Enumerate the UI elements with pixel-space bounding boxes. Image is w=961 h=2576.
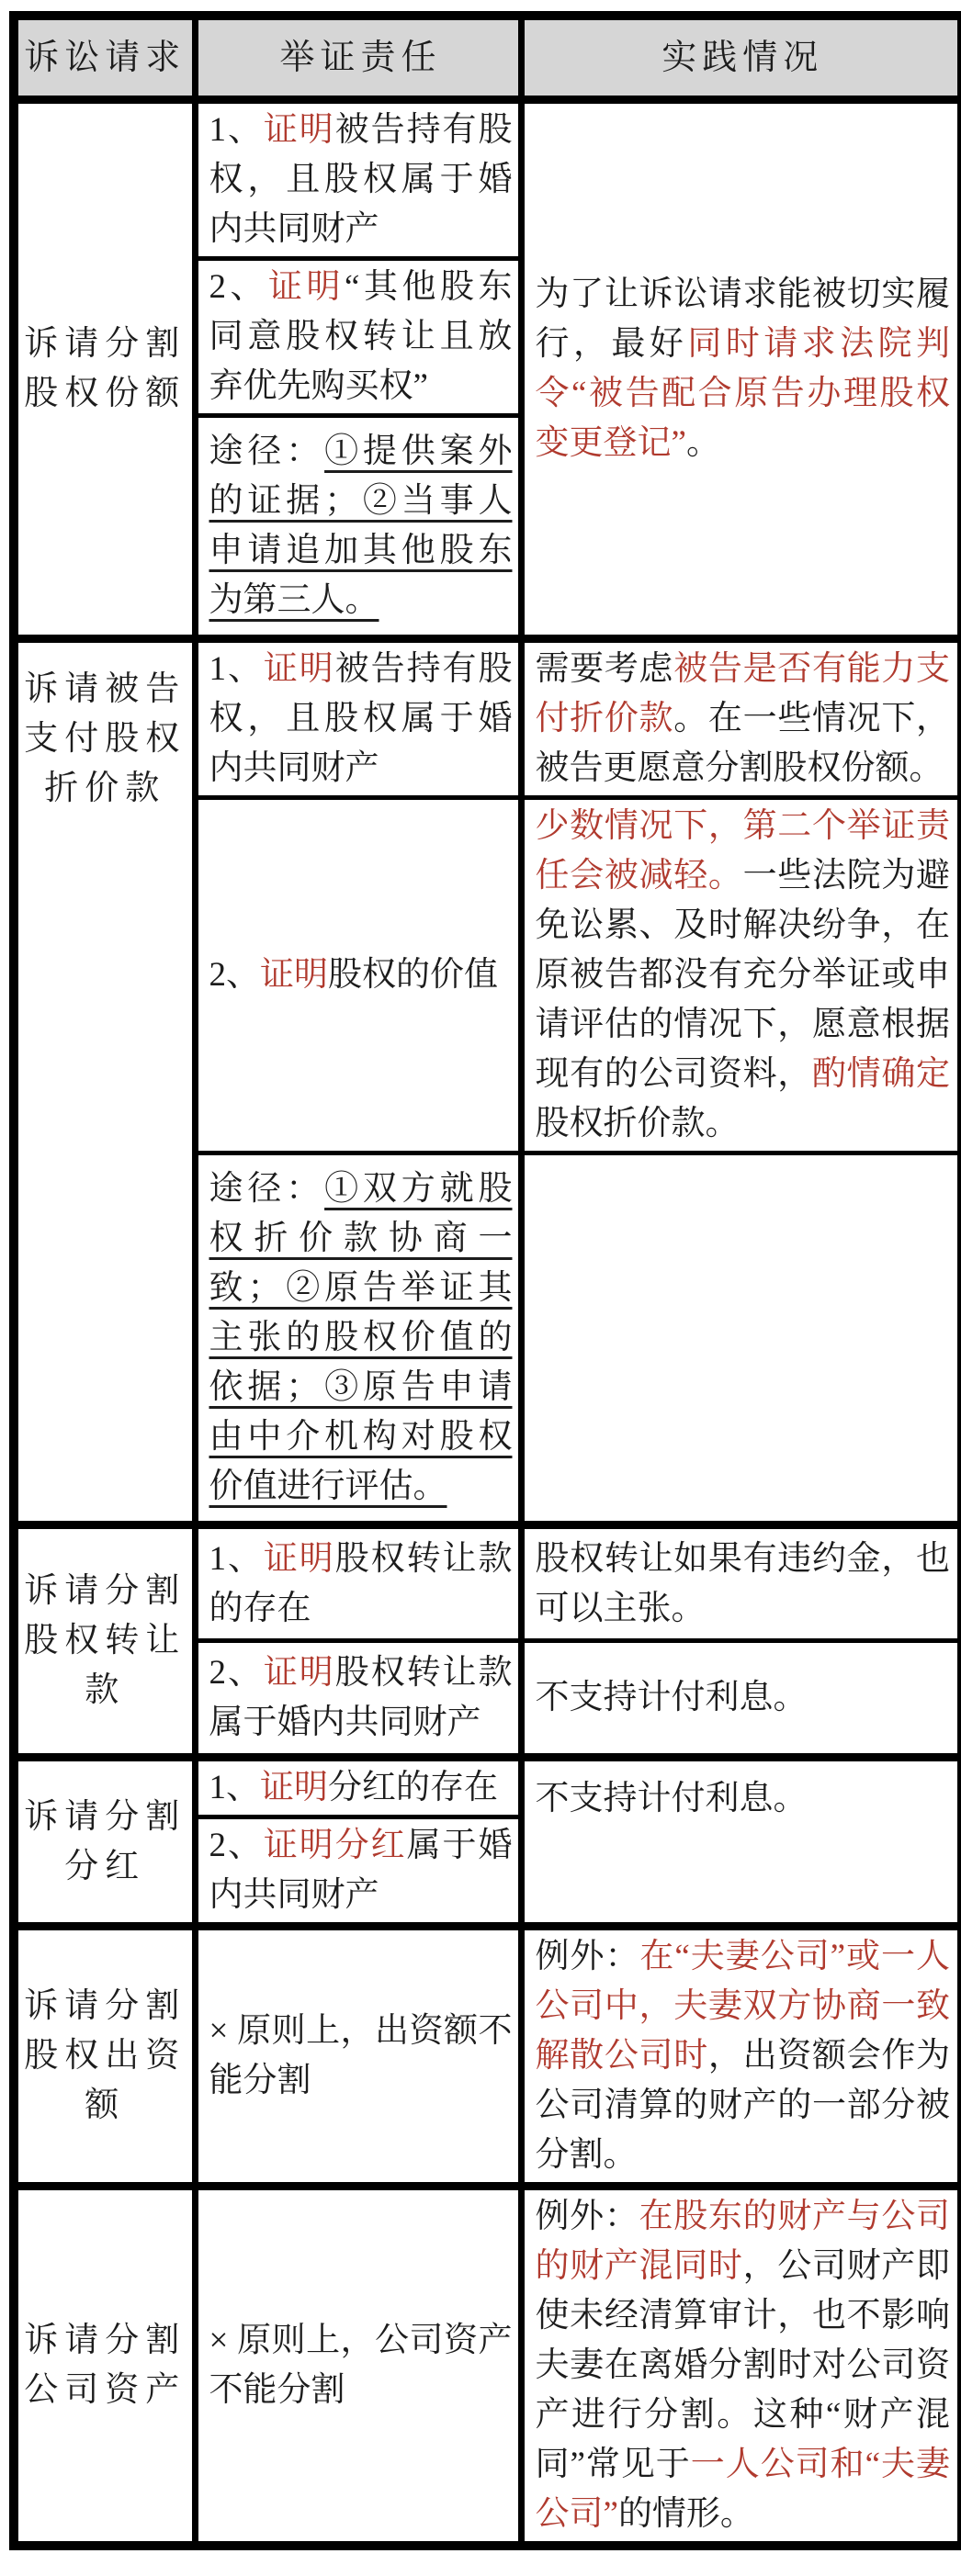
practice-cell: 股权转让如果有违约金，也可以主张。 <box>521 1525 961 1641</box>
highlight-red-text: 证明 <box>268 268 345 306</box>
body-text: 诉请分割股权份额 <box>24 325 186 412</box>
practice-cell: 例外：在股东的财产与公司的财产混同时，公司财产即使未经清算审计，也不影响夫妻在离… <box>521 2187 961 2547</box>
table-row: 诉请被告支付股权折价款 1、证明被告持有股权，且股权属于婚内共同财产 需要考虑被… <box>14 639 961 798</box>
highlight-red-text: 证明分红 <box>264 1827 407 1864</box>
body-text: 1、 <box>209 1769 261 1806</box>
claim-cell-split-equity-share: 诉请分割股权份额 <box>14 100 195 639</box>
practice-cell: 为了让诉讼请求能被切实履行，最好同时请求法院判令“被告配合原告办理股权变更登记”… <box>521 100 961 639</box>
claim-cell-capital-contribution: 诉请分割股权出资额 <box>14 1927 195 2187</box>
body-text: × 原则上，出资额不能分割 <box>209 2012 513 2099</box>
body-text: 1、 <box>209 1540 264 1578</box>
burden-path-cell: 途径：①提供案外的证据；②当事人申请追加其他股东为第三人。 <box>195 416 521 639</box>
practice-cell: 需要考虑被告是否有能力支付折价款。在一些情况下，被告更愿意分割股权份额。 <box>521 639 961 798</box>
body-text: 2、 <box>209 956 261 994</box>
body-text: 诉请分割股权出资额 <box>24 1987 186 2124</box>
burden-cell: × 原则上，出资额不能分割 <box>195 1927 521 2187</box>
burden-cell: 1、证明分红的存在 <box>195 1758 521 1817</box>
body-text: 诉请分割公司资产 <box>24 2322 186 2409</box>
body-text: 途径： <box>209 1170 325 1208</box>
burden-cell: 2、证明股权转让款属于婚内共同财产 <box>195 1641 521 1758</box>
body-text: 分红的存在 <box>328 1769 498 1806</box>
burden-path-cell: 途径：①双方就股权折价款协商一致；②原告举证其主张的股权价值的依据；③原告申请由… <box>195 1153 521 1525</box>
burden-cell: 2、证明股权的价值 <box>195 798 521 1153</box>
table-row: 诉请分割股权出资额 × 原则上，出资额不能分割 例外：在“夫妻公司”或一人公司中… <box>14 1927 961 2187</box>
body-text: 例外： <box>536 1938 640 1975</box>
highlight-red-text: 证明 <box>264 650 335 688</box>
header-claim: 诉讼请求 <box>14 16 195 100</box>
body-text: 途径： <box>209 433 325 470</box>
body-text: 股权的价值 <box>328 956 498 994</box>
body-text: 2、 <box>209 268 269 306</box>
practice-cell: 少数情况下，第二个举证责任会被减轻。一些法院为避免讼累、及时解决纷争，在原被告都… <box>521 798 961 1153</box>
body-text: 需要考虑 <box>536 650 674 688</box>
body-text: 股权转让如果有违约金，也可以主张。 <box>536 1540 951 1627</box>
header-burden: 举证责任 <box>195 16 521 100</box>
practice-cell-empty <box>521 1153 961 1525</box>
claim-cell-discount-payment: 诉请被告支付股权折价款 <box>14 639 195 1525</box>
highlight-red-text: 酌情确定 <box>812 1055 950 1093</box>
highlight-red-text: 证明 <box>260 1769 328 1806</box>
body-text: 诉请分割分红 <box>24 1798 186 1885</box>
claim-cell-transfer-proceeds: 诉请分割股权转让款 <box>14 1525 195 1758</box>
body-text: 例外： <box>536 2198 639 2235</box>
table-row: 诉请分割公司资产 × 原则上，公司资产不能分割 例外：在股东的财产与公司的财产混… <box>14 2187 961 2547</box>
burden-cell: × 原则上，公司资产不能分割 <box>195 2187 521 2547</box>
highlight-red-text: 证明 <box>260 956 328 994</box>
body-text: 诉请被告支付股权折价款 <box>24 670 186 807</box>
burden-cell: 1、证明被告持有股权，且股权属于婚内共同财产 <box>195 100 521 259</box>
body-text: 。 <box>686 424 720 462</box>
highlight-red-text: 证明 <box>264 1654 335 1692</box>
body-text: 2、 <box>209 1827 264 1864</box>
claim-cell-dividends: 诉请分割分红 <box>14 1758 195 1927</box>
table-row: 诉请分割股权份额 1、证明被告持有股权，且股权属于婚内共同财产 为了让诉讼请求能… <box>14 100 961 259</box>
practice-cell: 例外：在“夫妻公司”或一人公司中，夫妻双方协商一致解散公司时，出资额会作为公司清… <box>521 1927 961 2187</box>
body-text: 不支持计付利息。 <box>536 1679 808 1716</box>
header-row: 诉讼请求 举证责任 实践情况 <box>14 16 961 100</box>
document-page: 诉讼请求 举证责任 实践情况 诉请分割股权份额 1、证明被告持有股权，且股权属于… <box>0 0 961 2576</box>
body-text: 1、 <box>209 111 264 149</box>
claim-cell-company-assets: 诉请分割公司资产 <box>14 2187 195 2547</box>
body-text: 诉请分割股权转让款 <box>24 1572 186 1709</box>
underlined-text: ①双方就股权折价款协商一致；②原告举证其主张的股权价值的依据；③原告申请由中介机… <box>209 1170 513 1505</box>
litigation-claims-table: 诉讼请求 举证责任 实践情况 诉请分割股权份额 1、证明被告持有股权，且股权属于… <box>9 11 961 2550</box>
body-text: 不支持计付利息。 <box>536 1780 808 1817</box>
burden-cell: 2、证明“其他股东同意股权转让且放弃优先购买权” <box>195 259 521 416</box>
practice-cell: 不支持计付利息。 <box>521 1758 961 1927</box>
burden-cell: 2、证明分红属于婚内共同财产 <box>195 1817 521 1927</box>
header-practice: 实践情况 <box>521 16 961 100</box>
body-text: 1、 <box>209 650 264 688</box>
burden-cell: 1、证明被告持有股权，且股权属于婚内共同财产 <box>195 639 521 798</box>
practice-cell: 不支持计付利息。 <box>521 1641 961 1758</box>
highlight-red-text: 证明 <box>264 111 335 149</box>
burden-cell: 1、证明股权转让款的存在 <box>195 1525 521 1641</box>
table-row: 诉请分割股权转让款 1、证明股权转让款的存在 股权转让如果有违约金，也可以主张。 <box>14 1525 961 1641</box>
body-text: 股权折价款。 <box>536 1105 740 1142</box>
table-row: 诉请分割分红 1、证明分红的存在 不支持计付利息。 <box>14 1758 961 1817</box>
highlight-red-text: 证明 <box>264 1540 335 1578</box>
body-text: 的情形。 <box>618 2495 754 2533</box>
body-text: × 原则上，公司资产不能分割 <box>209 2322 513 2409</box>
body-text: 2、 <box>209 1654 264 1692</box>
